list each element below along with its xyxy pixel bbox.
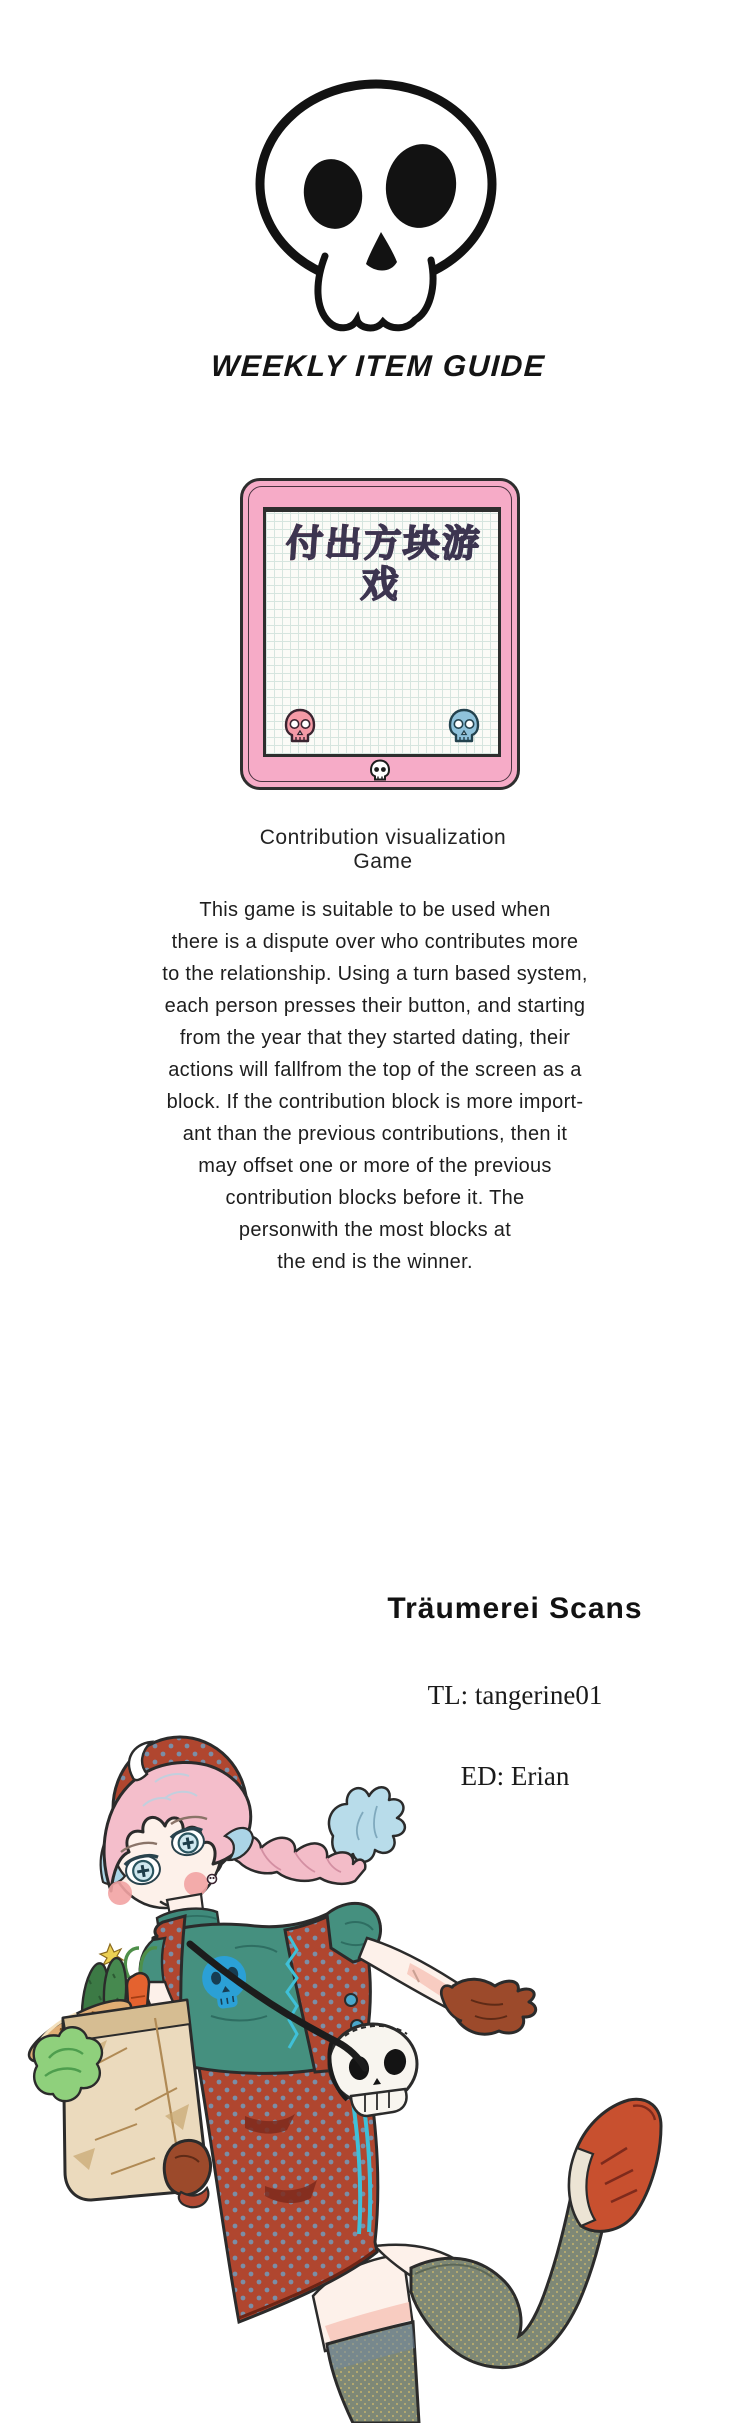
raised-leg: [375, 2099, 661, 2367]
description-line: block. If the contribution block is more…: [0, 1086, 750, 1118]
description-line: This game is suitable to be used when: [0, 894, 750, 926]
girl-braid: [229, 1787, 405, 1884]
description-line: actions will fallfrom the top of the scr…: [0, 1054, 750, 1086]
description-line: from the year that they started dating, …: [0, 1022, 750, 1054]
player-skull-blue-icon: [448, 708, 480, 744]
vest-button: [345, 1994, 357, 2006]
page-title: WEEKLY ITEM GUIDE: [210, 350, 546, 384]
braid-blue-tuft: [329, 1787, 405, 1862]
tablet-caption: Contribution visualization Game: [240, 826, 526, 874]
description-line: ant than the previous contributions, the…: [0, 1118, 750, 1150]
glove-left: [164, 2140, 210, 2207]
skull-earring-icon: [208, 1875, 217, 1884]
skull-logo-icon: [245, 76, 505, 344]
tablet-screen: 付出方块游戏: [263, 507, 501, 757]
blush-right: [184, 1872, 208, 1896]
home-button-skull-icon: [369, 759, 391, 781]
scan-group-name: Träumerei Scans: [280, 1592, 750, 1626]
tablet-illustration: 付出方块游戏 Contribution visualization: [240, 478, 526, 874]
description-line: there is a dispute over who contributes …: [0, 926, 750, 958]
header-section: WEEKLY ITEM GUIDE: [0, 76, 750, 384]
tablet-screen-title: 付出方块游戏: [263, 524, 501, 605]
description-line: the end is the winner.: [0, 1246, 750, 1278]
description-line: contribution blocks before it. The: [0, 1182, 750, 1214]
description-line: each person presses their button, and st…: [0, 990, 750, 1022]
description-line: to the relationship. Using a turn based …: [0, 958, 750, 990]
description-line: personwith the most blocks at: [0, 1214, 750, 1246]
glove-right: [441, 1979, 535, 2034]
character-illustration: [15, 1686, 670, 2423]
description-line: may offset one or more of the previous: [0, 1150, 750, 1182]
blush-left: [108, 1881, 132, 1905]
sneaker: [569, 2099, 661, 2231]
player-skull-pink-icon: [284, 708, 316, 744]
game-description: This game is suitable to be used when th…: [0, 894, 750, 1278]
tablet-device: 付出方块游戏: [240, 478, 520, 790]
